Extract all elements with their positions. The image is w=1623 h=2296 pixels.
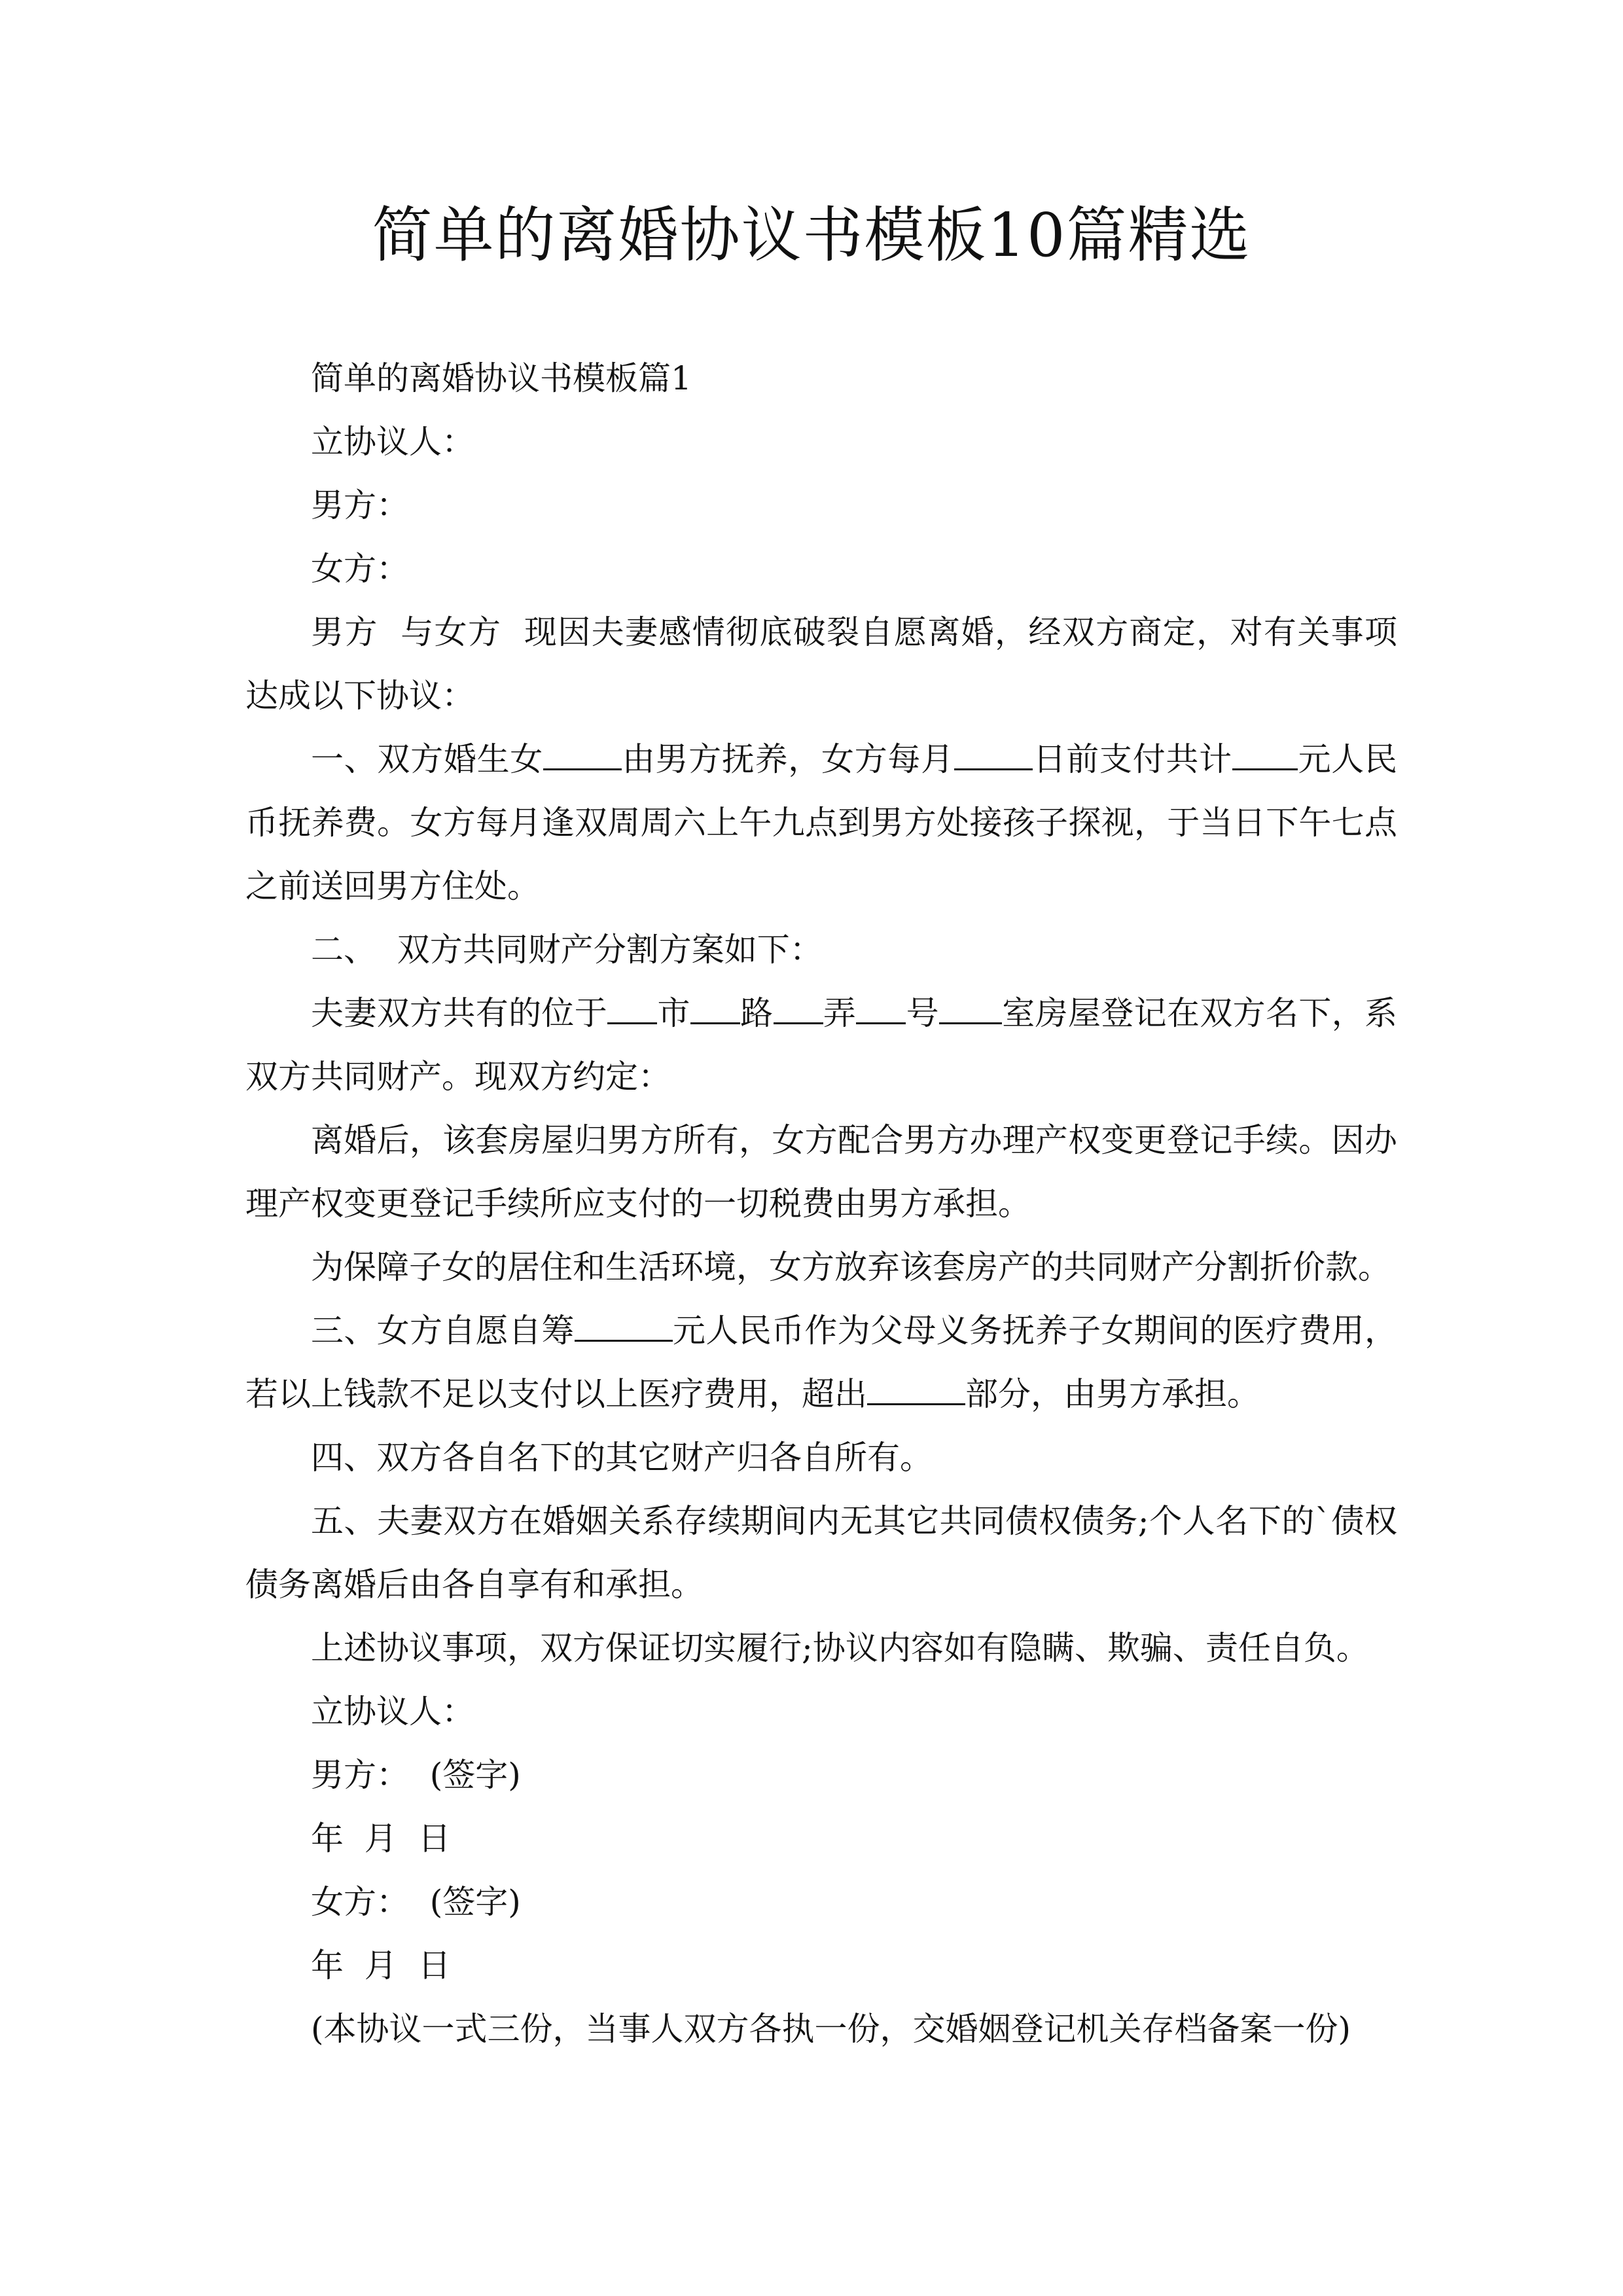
signature-male-date: 年 月 日	[245, 1807, 1397, 1871]
party-male: 男方：	[245, 474, 1397, 537]
property-lane: 弄	[823, 994, 857, 1032]
document-body: 简单的离婚协议书模板篇1 立协议人： 男方： 女方： 男方 与女方 现因夫妻感情…	[245, 347, 1397, 2061]
document-title: 简单的离婚协议书模板10篇精选	[0, 196, 1623, 275]
blank-pay-day	[954, 742, 1033, 770]
clause-4: 四、双方各自名下的其它财产归各自所有。	[245, 1426, 1397, 1490]
clause-1-text-3: 日前支付共计	[1033, 740, 1232, 778]
property-text-1: 夫妻双方共有的位于	[311, 994, 607, 1032]
blank-medical-fund	[575, 1314, 673, 1342]
blank-road	[690, 996, 740, 1024]
clause-2-property: 夫妻双方共有的位于市路弄号室房屋登记在双方名下，系双方共同财产。现双方约定：	[245, 982, 1397, 1109]
signature-female-date: 年 月 日	[245, 1934, 1397, 1998]
blank-room	[939, 996, 1002, 1024]
party-female: 女方：	[245, 537, 1397, 601]
clause-2-paragraph-3: 为保障子女的居住和生活环境，女方放弃该套房产的共同财产分割折价款。	[245, 1236, 1397, 1299]
property-number: 号	[906, 994, 939, 1032]
clause-2-heading: 二、 双方共同财产分割方案如下：	[245, 918, 1397, 982]
signature-label: 立协议人：	[245, 1680, 1397, 1744]
copies-note: (本协议一式三份，当事人双方各执一份，交婚姻登记机关存档备案一份)	[245, 1998, 1397, 2061]
clause-5: 五、夫妻双方在婚姻关系存续期间内无其它共同债权债务;个人名下的`债权债务离婚后由…	[245, 1490, 1397, 1617]
property-city: 市	[657, 994, 690, 1032]
parties-label: 立协议人：	[245, 410, 1397, 474]
blank-city	[607, 996, 657, 1024]
blank-number	[856, 996, 906, 1024]
intro-paragraph: 男方 与女方 现因夫妻感情彻底破裂自愿离婚，经双方商定，对有关事项达成以下协议：	[245, 601, 1397, 728]
section-heading: 简单的离婚协议书模板篇1	[245, 347, 1397, 410]
blank-amount	[1232, 742, 1298, 770]
clause-1-text-2: 由男方抚养，女方每月	[622, 740, 954, 778]
document-page: 简单的离婚协议书模板10篇精选 简单的离婚协议书模板篇1 立协议人： 男方： 女…	[0, 0, 1623, 2296]
clause-3: 三、女方自愿自筹元人民币作为父母义务抚养子女期间的医疗费用，若以上钱款不足以支付…	[245, 1299, 1397, 1426]
signature-female: 女方： (签字)	[245, 1871, 1397, 1934]
blank-lane	[774, 996, 823, 1024]
clause-1: 一、双方婚生女由男方抚养，女方每月日前支付共计元人民币抚养费。女方每月逢双周周六…	[245, 728, 1397, 918]
clause-3-text-1: 三、女方自愿自筹	[311, 1312, 575, 1350]
guarantee-paragraph: 上述协议事项，双方保证切实履行;协议内容如有隐瞒、欺骗、责任自负。	[245, 1617, 1397, 1680]
blank-daughter-name	[543, 742, 622, 770]
blank-excess	[867, 1377, 965, 1405]
signature-male: 男方： (签字)	[245, 1744, 1397, 1807]
clause-1-text-1: 一、双方婚生女	[311, 740, 543, 778]
property-road: 路	[740, 994, 774, 1032]
clause-2-paragraph-2: 离婚后，该套房屋归男方所有，女方配合男方办理产权变更登记手续。因办理产权变更登记…	[245, 1109, 1397, 1236]
clause-3-text-3: 部分，由男方承担。	[965, 1375, 1260, 1413]
